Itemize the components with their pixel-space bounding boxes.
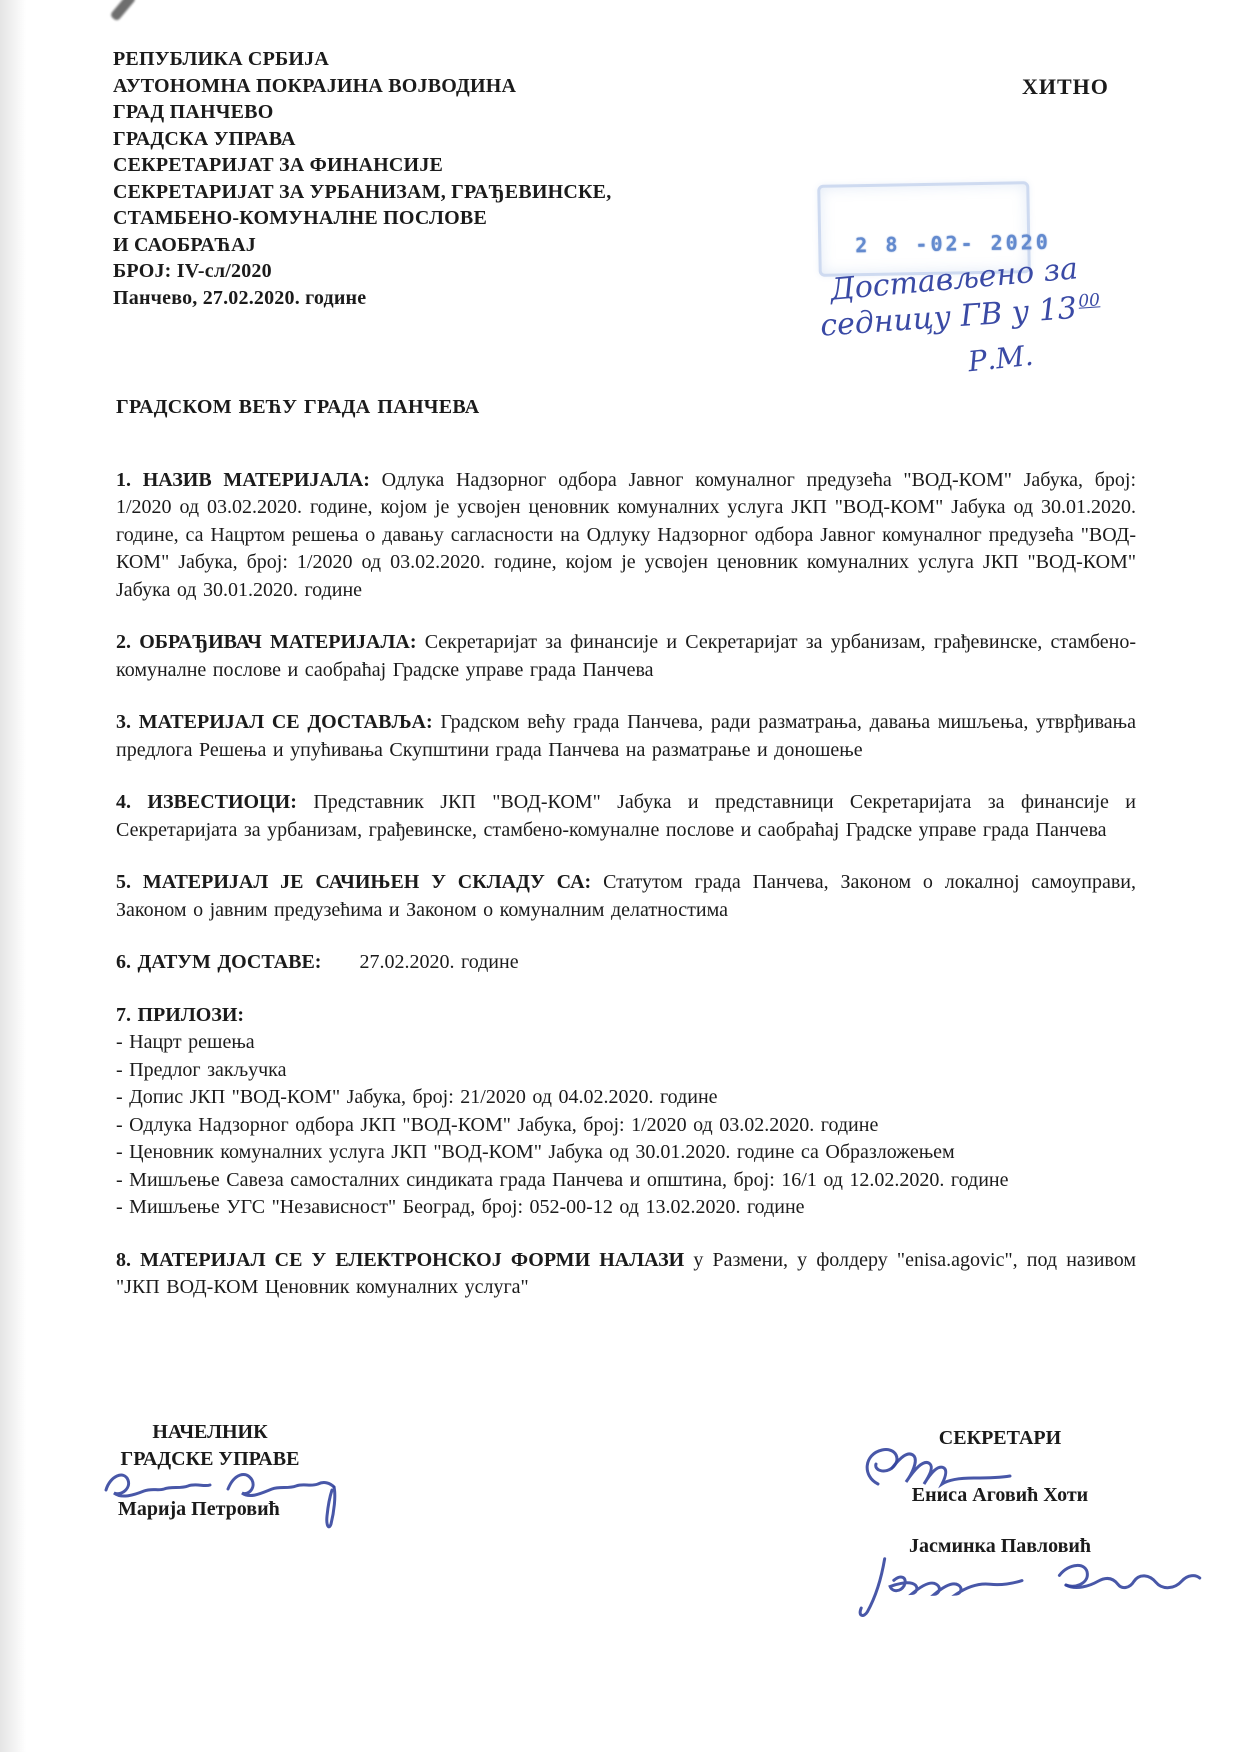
chief-title-line1: НАЧЕЛНИК bbox=[110, 1419, 310, 1446]
item-8-label: 8. МАТЕРИЈАЛ СЕ У ЕЛЕКТРОНСКОЈ ФОРМИ НАЛ… bbox=[116, 1249, 684, 1271]
attachment-board-decision: - Одлука Надзорног одбора ЈКП "ВОД-КОМ" … bbox=[116, 1112, 1136, 1140]
letterhead: РЕПУБЛИКА СРБИЈА АУТОНОМНА ПОКРАЈИНА ВОЈ… bbox=[113, 46, 611, 311]
item-5-label: 5. МАТЕРИЈАЛ ЈЕ САЧИЊЕН У СКЛАДУ СА: bbox=[116, 871, 591, 893]
attachment-union-opinion-1: - Мишљење Савеза самосталних синдиката г… bbox=[116, 1167, 1136, 1195]
item-4-rapporteurs: 4. ИЗВЕСТИОЦИ: Представник ЈКП "ВОД-КОМ"… bbox=[116, 789, 1136, 844]
letterhead-line-number: БРОЈ: IV-сл/2020 bbox=[113, 258, 611, 285]
signature-jasminka-last-name-icon bbox=[1042, 1546, 1205, 1624]
item-1-label: 1. НАЗИВ МАТЕРИЈАЛА: bbox=[116, 469, 370, 491]
letterhead-line-administration: ГРАДСКА УПРАВА bbox=[113, 126, 611, 153]
urgent-label: ХИТНО bbox=[1022, 74, 1109, 100]
letterhead-line-place-date: Панчево, 27.02.2020. године bbox=[113, 285, 611, 312]
addressee: ГРАДСКОМ ВЕЋУ ГРАДА ПАНЧЕВА bbox=[116, 394, 1136, 422]
item-3-material-delivered-to: 3. МАТЕРИЈАЛ СЕ ДОСТАВЉА: Градском већу … bbox=[116, 709, 1136, 764]
letterhead-line-republic: РЕПУБЛИКА СРБИЈА bbox=[113, 46, 611, 73]
letterhead-line-province: АУТОНОМНА ПОКРАЈИНА ВОЈВОДИНА bbox=[113, 73, 611, 100]
letterhead-line-city: ГРАД ПАНЧЕВО bbox=[113, 99, 611, 126]
item-6-date-value: 27.02.2020. године bbox=[359, 951, 518, 973]
attachment-draft-decision: - Нацрт решења bbox=[116, 1029, 1136, 1057]
handwritten-note-time-superscript: 00 bbox=[1078, 290, 1101, 311]
item-3-label: 3. МАТЕРИЈАЛ СЕ ДОСТАВЉА: bbox=[116, 711, 433, 733]
item-6-label: 6. ДАТУМ ДОСТАВЕ: bbox=[116, 951, 321, 973]
attachment-letter-vodkom: - Допис ЈКП "ВОД-КОМ" Јабука, број: 21/2… bbox=[116, 1084, 1136, 1112]
signature-jasminka-first-name-icon bbox=[846, 1543, 1029, 1622]
document-body: ГРАДСКОМ ВЕЋУ ГРАДА ПАНЧЕВА 1. НАЗИВ МАТ… bbox=[116, 394, 1136, 1327]
item-7-attachments: 7. ПРИЛОЗИ: - Нацрт решења - Предлог зак… bbox=[116, 1002, 1136, 1222]
letterhead-line-secretariat-urbanism: СЕКРЕТАРИЈАТ ЗА УРБАНИЗАМ, ГРАЂЕВИНСКЕ, bbox=[113, 179, 611, 206]
stamp-date: 2 8 -02- 2020 bbox=[855, 230, 1051, 257]
attachment-union-opinion-2: - Мишљење УГС "Независност" Београд, бро… bbox=[116, 1194, 1136, 1222]
item-7-label: 7. ПРИЛОЗИ: bbox=[116, 1002, 1136, 1030]
handwritten-initials: Р.М. bbox=[966, 339, 1034, 379]
letterhead-line-traffic: И САОБРАЋАЈ bbox=[113, 232, 611, 259]
item-2-material-processor: 2. ОБРАЂИВАЧ МАТЕРИЈАЛА: Секретаријат за… bbox=[116, 629, 1136, 684]
letterhead-line-secretariat-finance: СЕКРЕТАРИЈАТ ЗА ФИНАНСИЈЕ bbox=[113, 152, 611, 179]
item-6-delivery-date: 6. ДАТУМ ДОСТАВЕ:27.02.2020. године bbox=[116, 949, 1136, 977]
item-5-legal-basis: 5. МАТЕРИЈАЛ ЈЕ САЧИЊЕН У СКЛАДУ СА: Ста… bbox=[116, 869, 1136, 924]
signature-enisa-agovic-icon bbox=[846, 1440, 1016, 1498]
attachment-price-list: - Ценовник комуналних услуга ЈКП "ВОД-КО… bbox=[116, 1139, 1136, 1167]
document-page: РЕПУБЛИКА СРБИЈА АУТОНОМНА ПОКРАЈИНА ВОЈ… bbox=[0, 0, 1240, 1752]
chief-name: Марија Петровић bbox=[118, 1498, 280, 1521]
item-4-label: 4. ИЗВЕСТИОЦИ: bbox=[116, 791, 297, 813]
item-8-electronic-form: 8. МАТЕРИЈАЛ СЕ У ЕЛЕКТРОНСКОЈ ФОРМИ НАЛ… bbox=[116, 1247, 1136, 1302]
attachment-conclusion-proposal: - Предлог закључка bbox=[116, 1057, 1136, 1085]
letterhead-line-communal-affairs: СТАМБЕНО-КОМУНАЛНЕ ПОСЛОВЕ bbox=[113, 205, 611, 232]
item-2-label: 2. ОБРАЂИВАЧ МАТЕРИЈАЛА: bbox=[116, 631, 416, 653]
scan-corner-artifact bbox=[110, 0, 137, 22]
item-1-material-title: 1. НАЗИВ МАТЕРИЈАЛА: Одлука Надзорног од… bbox=[116, 467, 1136, 605]
scan-edge-artifact bbox=[0, 0, 26, 1752]
